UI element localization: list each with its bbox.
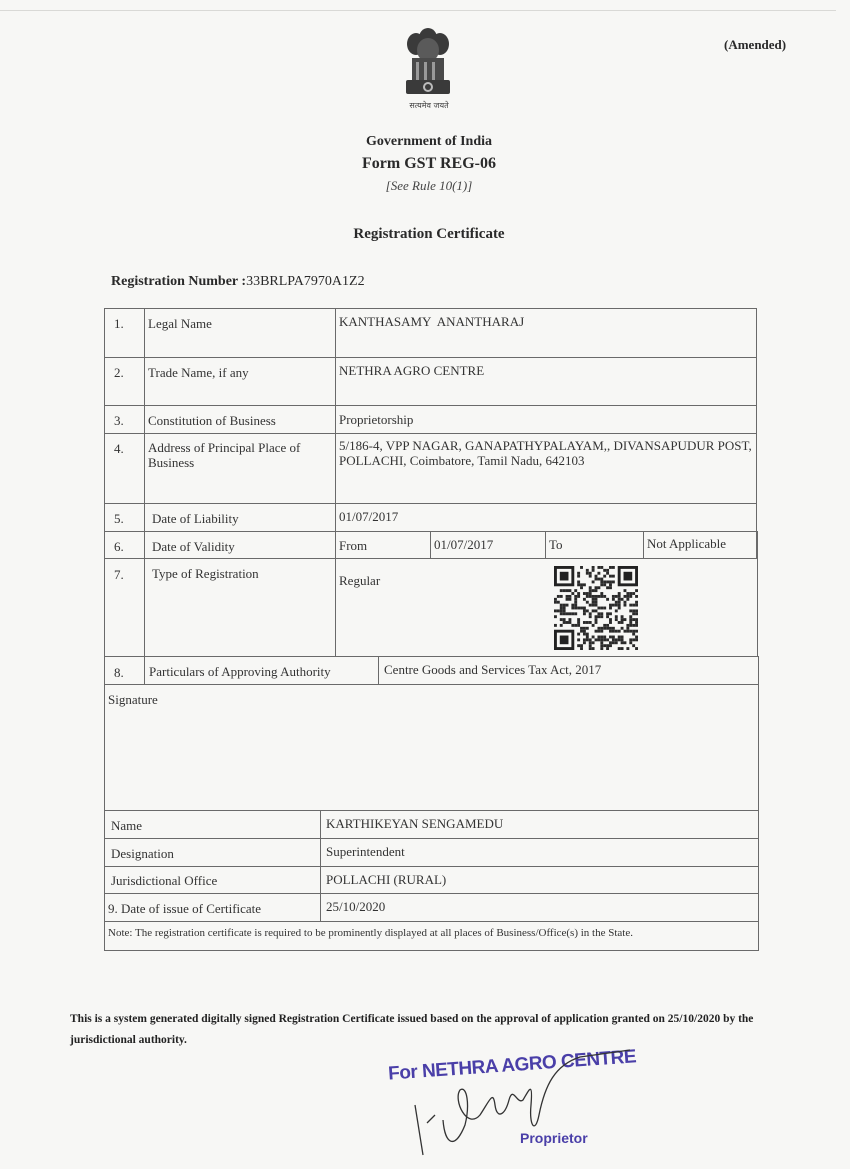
row-label: Designation (111, 846, 174, 862)
row-number: 8. (114, 665, 124, 681)
row-number: 2. (114, 365, 124, 381)
form-title: Form GST REG-06 (0, 155, 850, 173)
row-label: Date of Liability (152, 511, 239, 527)
row-number: 3. (114, 413, 124, 429)
jurisdictional-office-value: POLLACHI (RURAL) (326, 872, 446, 888)
row-label: Type of Registration (152, 566, 259, 582)
rule-reference: [See Rule 10(1)] (0, 178, 850, 194)
government-title: Government of India (0, 134, 850, 150)
validity-to-value: Not Applicable (647, 536, 726, 552)
amended-label: (Amended) (724, 37, 786, 53)
certificate-title: Registration Certificate (0, 226, 850, 243)
legal-name-value: KANTHASAMY ANANTHARAJ (339, 314, 524, 330)
approving-authority-value: Centre Goods and Services Tax Act, 2017 (384, 662, 601, 678)
trade-name-value: NETHRA AGRO CENTRE (339, 363, 484, 379)
designation-value: Superintendent (326, 844, 405, 860)
row-label: Constitution of Business (148, 413, 276, 429)
row-number: 7. (114, 567, 124, 583)
date-of-liability-value: 01/07/2017 (339, 509, 398, 525)
validity-from-value: 01/07/2017 (434, 537, 493, 553)
row-number: 6. (114, 539, 124, 555)
validity-from-label: From (339, 538, 367, 554)
row-label: Name (111, 818, 142, 834)
qr-code-icon (554, 566, 638, 650)
address-value: 5/186-4, VPP NAGAR, GANAPATHYPALAYAM,, D… (339, 438, 754, 468)
registration-number: Registration Number :33BRLPA7970A1Z2 (111, 274, 365, 290)
row-label: Date of Validity (152, 539, 235, 555)
constitution-value: Proprietorship (339, 412, 413, 428)
officer-name-value: KARTHIKEYAN SENGAMEDU (326, 816, 503, 832)
registration-type-value: Regular (339, 573, 380, 589)
row-label: Trade Name, if any (148, 365, 249, 381)
signature-label: Signature (108, 692, 158, 708)
display-note: Note: The registration certificate is re… (108, 927, 633, 939)
row-label: Legal Name (148, 316, 212, 332)
row-number: 5. (114, 511, 124, 527)
row-label: Particulars of Approving Authority (149, 664, 331, 680)
row-label: Address of Principal Place of Business (148, 440, 328, 470)
registration-number-label: Registration Number : (111, 274, 246, 289)
row-label: Jurisdictional Office (111, 873, 217, 889)
validity-to-label: To (549, 537, 563, 553)
page-edge (0, 10, 836, 11)
row-label: 9. Date of issue of Certificate (108, 901, 261, 917)
row-number: 1. (114, 316, 124, 332)
registration-number-value: 33BRLPA7970A1Z2 (246, 274, 365, 289)
proprietor-stamp: Proprietor (520, 1130, 588, 1146)
date-of-issue-value: 25/10/2020 (326, 899, 385, 915)
emblem-motto: सत्यमेव जयते (400, 100, 458, 111)
row-number: 4. (114, 441, 124, 457)
